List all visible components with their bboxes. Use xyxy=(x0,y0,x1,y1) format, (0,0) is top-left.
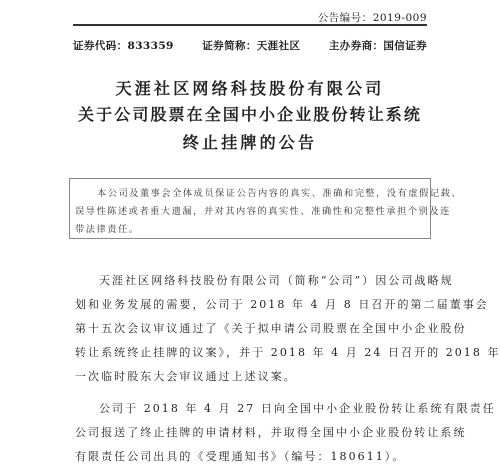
securities-short-name-value: 天涯社区 xyxy=(257,40,301,52)
body-line: 天涯社区网络科技股份有限公司（简称“公司”）因公司战略规 xyxy=(99,272,454,288)
disclaimer-line: 本公司及董事会全体成员保证公告内容的真实、准确和完整，没有虚假记载、 xyxy=(97,185,462,199)
title-line-1: 天涯社区网络科技股份有限公司 xyxy=(0,76,500,99)
body-line: 公司于 2018 年 4 月 27 日向全国中小企业股份转让系统有限责任 xyxy=(99,400,496,416)
body-line: 转让系统终止挂牌的议案》，并于 2018 年 4 月 24 日召开的 2018 … xyxy=(75,344,500,360)
announcement-number-value: 2019-009 xyxy=(373,12,427,24)
title-line-2: 关于公司股票在全国中小企业股份转让系统 xyxy=(0,102,500,125)
header-rule xyxy=(73,24,427,26)
sponsor-broker: 主办券商：国信证券 xyxy=(329,38,427,53)
securities-short-name-label: 证券简称： xyxy=(202,40,257,52)
body-line: 一次临时股东大会审议通过上述议案。 xyxy=(75,368,297,384)
securities-info-row: 证券代码：833359 证券简称：天涯社区 主办券商：国信证券 xyxy=(73,38,427,53)
body-line: 第十五次会议审议通过了《关于拟申请公司股票在全国中小企业股份 xyxy=(75,320,467,336)
announcement-number-label: 公告编号： xyxy=(318,12,373,24)
disclaimer-line: 带法律责任。 xyxy=(75,221,139,235)
sponsor-broker-label: 主办券商： xyxy=(329,40,384,52)
disclaimer-box: 本公司及董事会全体成员保证公告内容的真实、准确和完整，没有虚假记载、 误导性陈述… xyxy=(69,178,431,239)
sponsor-broker-value: 国信证券 xyxy=(383,40,427,52)
securities-code-label: 证券代码： xyxy=(73,40,128,52)
body-line: 有限责任公司出具的《受理通知书》（编号：180611）。 xyxy=(75,448,405,464)
body-line: 划和业务发展的需要，公司于 2018 年 4 月 8 日召开的第二届董事会 xyxy=(75,296,489,312)
disclaimer-line: 误导性陈述或者重大遗漏，并对其内容的真实性、准确性和完整性承担个别及连 xyxy=(75,203,451,217)
securities-short-name: 证券简称：天涯社区 xyxy=(202,38,300,53)
securities-code: 证券代码：833359 xyxy=(73,38,174,53)
announcement-number: 公告编号：2019-009 xyxy=(318,10,427,25)
securities-code-value: 833359 xyxy=(128,40,174,52)
title-line-3: 终止挂牌的公告 xyxy=(0,130,500,153)
body-line: 公司报送了终止挂牌的申请材料，并取得全国中小企业股份转让系统 xyxy=(75,424,467,440)
